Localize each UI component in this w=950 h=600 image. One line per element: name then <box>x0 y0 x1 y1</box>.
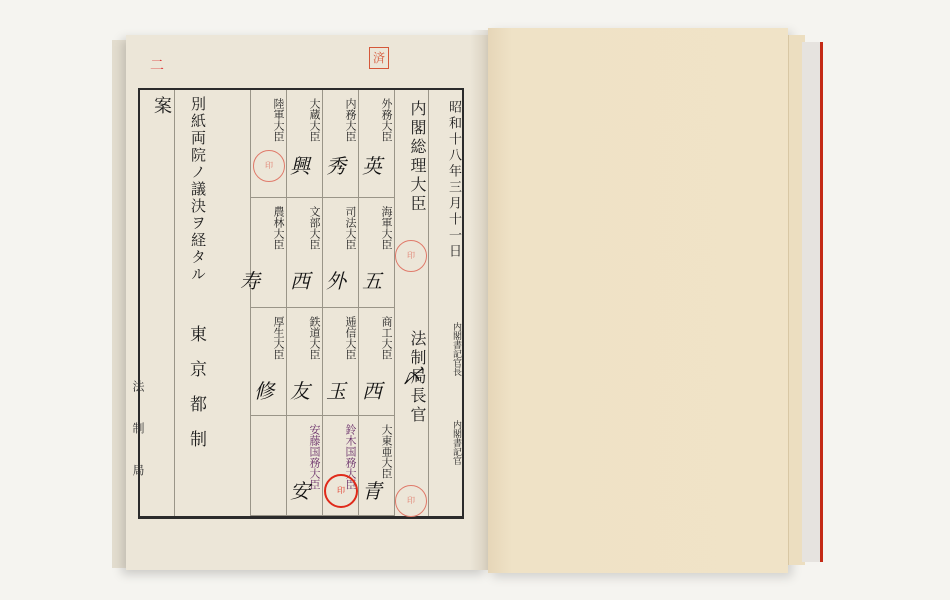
prime-minister-label: 内閣総理大臣 <box>408 100 427 214</box>
signature-justice: 外 <box>326 265 346 294</box>
signature-ando: 安 <box>290 475 310 504</box>
empty-cell <box>250 416 286 516</box>
chief-cabinet-secretary-label: 内閣書記官長 <box>450 322 463 376</box>
minister-finance: 大蔵大臣 <box>286 90 322 198</box>
signature-finance: 興 <box>290 150 310 179</box>
signature-education: 西 <box>290 265 310 294</box>
legislation-seal: 印 <box>395 485 427 517</box>
bill-suffix: 案 <box>151 96 172 114</box>
signature-communications: 玉 <box>326 375 346 404</box>
date-column: 昭和十八年三月十一日 内閣書記官長 内閣書記官 <box>428 90 463 516</box>
date-line: 昭和十八年三月十一日 <box>446 100 461 260</box>
suzuki-seal: 印 <box>324 474 358 508</box>
cabinet-secretary-label: 内閣書記官 <box>450 420 463 465</box>
open-book: 二 済 昭和十八年三月十一日 内閣書記官長 内閣書記官 〆 内閣総理大臣 法制局… <box>0 0 950 600</box>
bill-column: 別紙両院ノ議決ヲ経タル 東京都制 <box>174 90 209 516</box>
signature-home: 秀 <box>326 150 346 179</box>
signature-navy: 五 <box>362 265 382 294</box>
bill-title: 東京都制 <box>184 325 209 465</box>
legislation-director-label: 法制局長官 <box>406 330 429 425</box>
signature-railways: 友 <box>290 375 310 404</box>
settled-stamp: 済 <box>369 47 389 69</box>
minister-foreign: 外務大臣 <box>358 90 394 198</box>
prime-minister-column: 内閣総理大臣 法制局長官 <box>394 90 429 516</box>
signature-greater-east-asia: 青 <box>362 475 382 504</box>
page-number: 二 <box>150 55 163 75</box>
signature-commerce: 西 <box>362 375 382 404</box>
signature-welfare: 修 <box>254 375 274 404</box>
left-page: 二 済 昭和十八年三月十一日 内閣書記官長 内閣書記官 〆 内閣総理大臣 法制局… <box>126 35 488 570</box>
army-seal: 印 <box>253 150 285 182</box>
document-frame: 昭和十八年三月十一日 内閣書記官長 内閣書記官 〆 内閣総理大臣 法制局長官 印… <box>138 88 464 519</box>
minister-home: 内務大臣 <box>322 90 358 198</box>
back-cover-red-edge <box>820 42 823 562</box>
bill-description: 別紙両院ノ議決ヲ経タル <box>189 96 207 283</box>
bureau-margin-text: 法制局 <box>130 380 147 506</box>
signature-foreign: 英 <box>362 150 382 179</box>
signature-agriculture: 寿 <box>240 265 260 294</box>
back-cover-white <box>802 42 820 562</box>
pm-seal: 印 <box>395 240 427 272</box>
right-page-blank <box>488 28 788 573</box>
